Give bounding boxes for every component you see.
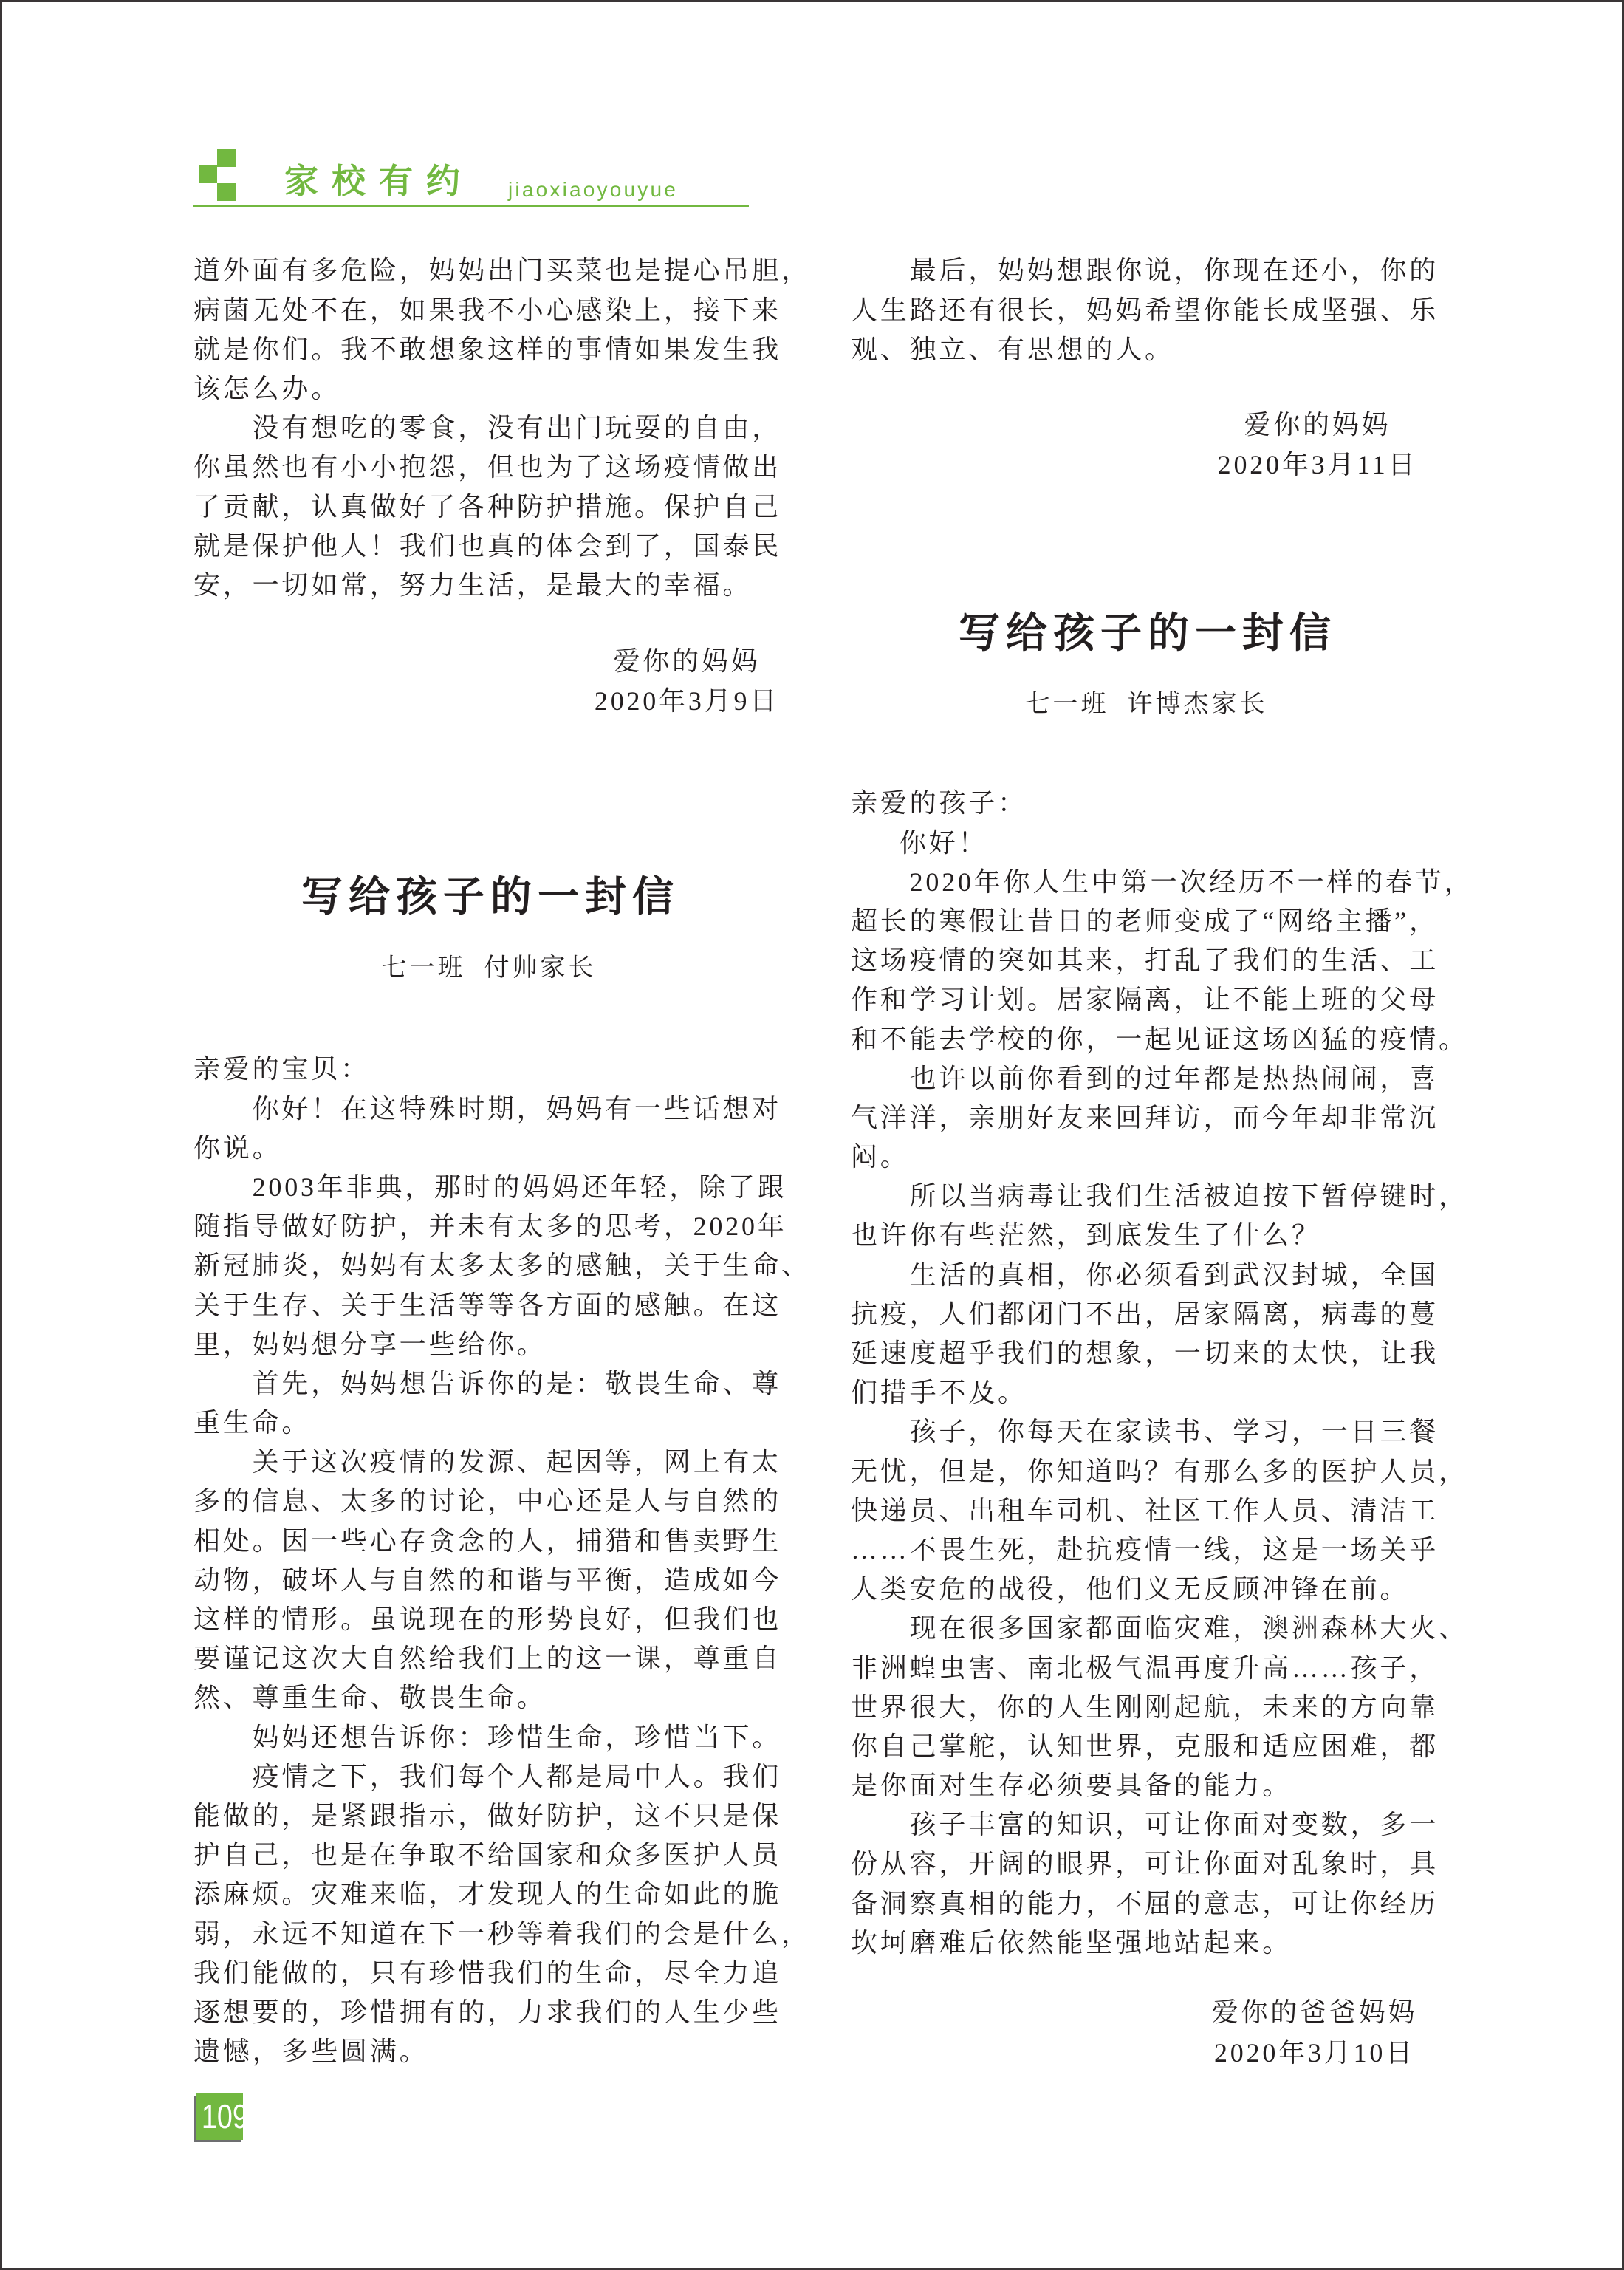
text-line: 妈妈还想告诉你：珍惜生命，珍惜当下。 xyxy=(193,1718,781,1757)
text-line: 2020年你人生中第一次经历不一样的春节， xyxy=(851,863,1439,902)
text-line: 无忧，但是，你知道吗？有那么多的医护人员， xyxy=(851,1452,1439,1491)
text-line: 关于生存、关于生活等等各方面的感触。在这 xyxy=(193,1286,781,1325)
text-line: 添麻烦。灾难来临，才发现人的生命如此的脆 xyxy=(193,1875,781,1914)
paragraph: 也许以前你看到的过年都是热热闹闹，喜 气洋洋，亲朋好友来回拜访，而今年却非常沉 … xyxy=(851,1059,1439,1177)
paragraph: 现在很多国家都面临灾难，澳洲森林大火、 非洲蝗虫害、南北极气温再度升高……孩子，… xyxy=(851,1609,1439,1805)
text-line: 气洋洋，亲朋好友来回拜访，而今年却非常沉 xyxy=(851,1098,1439,1138)
letter-author: 七一班 付帅家长 xyxy=(193,950,781,987)
text-line: 备洞察真相的能力，不屈的意志，可让你经历 xyxy=(851,1884,1439,1924)
paragraph: 所以当病毒让我们生活被迫按下暂停键时， 也许你有些茫然，到底发生了什么？ xyxy=(851,1177,1439,1255)
page-number: 109 xyxy=(202,2093,248,2140)
text-line: 也许你有些茫然，到底发生了什么？ xyxy=(851,1216,1439,1255)
text-line: 抗疫，人们都闭门不出，居家隔离，病毒的蔓 xyxy=(851,1295,1439,1334)
text-line: 你说。 xyxy=(193,1129,781,1168)
text-line: 道外面有多危险，妈妈出门买菜也是提心吊胆， xyxy=(193,251,781,290)
letter-title: 写给孩子的一封信 xyxy=(193,872,781,923)
text-line: 2003年非典，那时的妈妈还年轻，除了跟 xyxy=(193,1168,781,1207)
text-line: 疫情之下，我们每个人都是局中人。我们 xyxy=(193,1757,781,1796)
text-line: 要谨记这次大自然给我们上的这一课，尊重自 xyxy=(193,1639,781,1678)
text-line: 该怎么办。 xyxy=(193,369,781,408)
text-line: 病菌无处不在，如果我不小心感染上，接下来 xyxy=(193,291,781,330)
page-number-badge: 109 xyxy=(196,2093,243,2140)
paragraph: 首先，妈妈想告诉你的是：敬畏生命、尊 重生命。 xyxy=(193,1364,781,1443)
text-line: 作和学习计划。居家隔离，让不能上班的父母 xyxy=(851,980,1439,1019)
paragraph: 孩子丰富的知识，可让你面对变数，多一 份从容，开阔的眼界，可让你面对乱象时，具 … xyxy=(851,1805,1439,1963)
text-line: 超长的寒假让昔日的老师变成了“网络主播”， xyxy=(851,902,1439,941)
text-line: 相处。因一些心存贪念的人，捕猎和售卖野生 xyxy=(193,1522,781,1561)
text-line: 孩子，你每天在家读书、学习，一日三餐 xyxy=(851,1412,1439,1452)
previous-letter-signoff: 爱你的妈妈 2020年3月9日 xyxy=(569,642,805,720)
text-line: 重生命。 xyxy=(193,1404,781,1443)
text-line: 随指导做好防护，并未有太多的思考，2020年 xyxy=(193,1207,781,1246)
text-line: 动物，破坏人与自然的和谐与平衡，造成如今 xyxy=(193,1561,781,1600)
text-line: 人类安危的战役，他们义无反顾冲锋在前。 xyxy=(851,1570,1439,1609)
paragraph: 道外面有多危险，妈妈出门买菜也是提心吊胆， 病菌无处不在，如果我不小心感染上，接… xyxy=(193,251,781,408)
logo-block-top xyxy=(217,149,236,167)
letter-body: 亲爱的宝贝： 你好！在这特殊时期，妈妈有一些话想对 你说。 2003年非典，那时… xyxy=(193,1050,781,2071)
text-line: 最后，妈妈想跟你说，你现在还小，你的 xyxy=(851,251,1439,290)
text-line: 你自己掌舵，认知世界，克服和适应困难，都 xyxy=(851,1727,1439,1766)
previous-letter-body: 道外面有多危险，妈妈出门买菜也是提心吊胆， 病菌无处不在，如果我不小心感染上，接… xyxy=(193,251,781,605)
text-line: 你好！在这特殊时期，妈妈有一些话想对 xyxy=(193,1090,781,1129)
section-pinyin: jiaoxiaoyouyue xyxy=(508,177,678,203)
logo-block-bottom xyxy=(217,183,236,201)
text-line: 世界很大，你的人生刚刚起航，未来的方向靠 xyxy=(851,1688,1439,1727)
text-line: 我们能做的，只有珍惜我们的生命，尽全力追 xyxy=(193,1954,781,1993)
paragraph: 没有想吃的零食，没有出门玩耍的自由， 你虽然也有小小抱怨，但也为了这场疫情做出 … xyxy=(193,408,781,605)
text-line: 份从容，开阔的眼界，可让你面对乱象时，具 xyxy=(851,1845,1439,1884)
letter-body-continued: 最后，妈妈想跟你说，你现在还小，你的 人生路还有很长，妈妈希望你能长成坚强、乐 … xyxy=(851,251,1439,369)
text-line: 首先，妈妈想告诉你的是：敬畏生命、尊 xyxy=(193,1364,781,1404)
logo-block-middle xyxy=(199,165,217,183)
text-line: 延速度超乎我们的想象，一切来的太快，让我 xyxy=(851,1334,1439,1373)
paragraph: 最后，妈妈想跟你说，你现在还小，你的 人生路还有很长，妈妈希望你能长成坚强、乐 … xyxy=(851,251,1439,369)
section-title: 家校有约 xyxy=(284,163,473,199)
text-line: 非洲蝗虫害、南北极气温再度升高……孩子， xyxy=(851,1649,1439,1688)
letter-body: 亲爱的孩子： 你好！ 2020年你人生中第一次经历不一样的春节， 超长的寒假让昔… xyxy=(851,784,1439,1963)
text-line: 坎坷磨难后依然能坚强地站起来。 xyxy=(851,1924,1439,1963)
letter-title: 写给孩子的一封信 xyxy=(851,608,1439,660)
text-line: 这样的情形。虽说现在的形势良好，但我们也 xyxy=(193,1600,781,1639)
signature: 爱你的妈妈 xyxy=(569,642,805,681)
magazine-page: 家校有约 jiaoxiaoyouyue 道外面有多危险，妈妈出门买菜也是提心吊胆… xyxy=(0,0,1624,2270)
letter-date: 2020年3月11日 xyxy=(1199,445,1436,485)
text-line: 关于这次疫情的发源、起因等，网上有太 xyxy=(193,1443,781,1482)
text-line: 是你面对生存必须要具备的能力。 xyxy=(851,1766,1439,1805)
text-line: 逐想要的，珍惜拥有的，力求我们的人生少些 xyxy=(193,1993,781,2032)
text-line: 弱，永远不知道在下一秒等着我们的会是什么， xyxy=(193,1915,781,1954)
text-line: 你虽然也有小小抱怨，但也为了这场疫情做出 xyxy=(193,448,781,487)
text-line: 里，妈妈想分享一些给你。 xyxy=(193,1325,781,1364)
paragraph: 生活的真相，你必须看到武汉封城，全国 抗疫，人们都闭门不出，居家隔离，病毒的蔓 … xyxy=(851,1256,1439,1413)
text-line: 生活的真相，你必须看到武汉封城，全国 xyxy=(851,1256,1439,1295)
text-line: 没有想吃的零食，没有出门玩耍的自由， xyxy=(193,408,781,448)
paragraph: 关于这次疫情的发源、起因等，网上有太 多的信息、太多的讨论，中心还是人与自然的 … xyxy=(193,1443,781,1717)
text-line: 们措手不及。 xyxy=(851,1373,1439,1412)
text-line: 遗憾，多些圆满。 xyxy=(193,2032,781,2071)
text-line: 人生路还有很长，妈妈希望你能长成坚强、乐 xyxy=(851,291,1439,330)
text-line: 观、独立、有思想的人。 xyxy=(851,330,1439,369)
paragraph: 妈妈还想告诉你：珍惜生命，珍惜当下。 xyxy=(193,1718,781,1757)
salutation: 亲爱的宝贝： xyxy=(193,1050,781,1089)
text-line: 所以当病毒让我们生活被迫按下暂停键时， xyxy=(851,1177,1439,1216)
letter-signoff: 爱你的妈妈 2020年3月11日 xyxy=(1199,406,1436,484)
text-line: ……不畏生死，赴抗疫情一线，这是一场关乎 xyxy=(851,1531,1439,1570)
text-line: 就是保护他人！我们也真的体会到了，国泰民 xyxy=(193,527,781,566)
signature: 爱你的妈妈 xyxy=(1199,406,1436,445)
paragraph: 你好！在这特殊时期，妈妈有一些话想对 你说。 xyxy=(193,1090,781,1168)
text-line: 然、尊重生命、敬畏生命。 xyxy=(193,1678,781,1717)
letter-signoff: 爱你的爸爸妈妈 2020年3月10日 xyxy=(1196,1992,1433,2074)
signature: 爱你的爸爸妈妈 xyxy=(1196,1992,1433,2033)
paragraph: 疫情之下，我们每个人都是局中人。我们 能做的，是紧跟指示，做好防护，这不只是保 … xyxy=(193,1757,781,2072)
paragraph: 孩子，你每天在家读书、学习，一日三餐 无忧，但是，你知道吗？有那么多的医护人员，… xyxy=(851,1412,1439,1609)
greeting: 你好！ xyxy=(851,824,1439,863)
text-line: 闷。 xyxy=(851,1138,1439,1177)
text-line: 快递员、出租车司机、社区工作人员、清洁工 xyxy=(851,1491,1439,1531)
text-line: 能做的，是紧跟指示，做好防护，这不只是保 xyxy=(193,1796,781,1836)
letter-date: 2020年3月9日 xyxy=(569,682,805,721)
salutation: 亲爱的孩子： xyxy=(851,784,1439,823)
text-line: 安，一切如常，努力生活，是最大的幸福。 xyxy=(193,566,781,605)
paragraph: 2020年你人生中第一次经历不一样的春节， 超长的寒假让昔日的老师变成了“网络主… xyxy=(851,863,1439,1059)
text-line: 护自己，也是在争取不给国家和众多医护人员 xyxy=(193,1836,781,1875)
text-line: 了贡献，认真做好了各种防护措施。保护自己 xyxy=(193,488,781,527)
letter-author: 七一班 许博杰家长 xyxy=(851,686,1439,723)
text-line: 新冠肺炎，妈妈有太多太多的感触，关于生命、 xyxy=(193,1246,781,1285)
letter-date: 2020年3月10日 xyxy=(1196,2033,1433,2074)
header-divider xyxy=(193,205,749,207)
text-line: 多的信息、太多的讨论，中心还是人与自然的 xyxy=(193,1482,781,1521)
text-line: 这场疫情的突如其来，打乱了我们的生活、工 xyxy=(851,941,1439,980)
text-line: 和不能去学校的你，一起见证这场凶猛的疫情。 xyxy=(851,1020,1439,1059)
text-line: 也许以前你看到的过年都是热热闹闹，喜 xyxy=(851,1059,1439,1098)
text-line: 孩子丰富的知识，可让你面对变数，多一 xyxy=(851,1805,1439,1845)
text-line: 就是你们。我不敢想象这样的事情如果发生我 xyxy=(193,330,781,369)
text-line: 现在很多国家都面临灾难，澳洲森林大火、 xyxy=(851,1609,1439,1648)
paragraph: 2003年非典，那时的妈妈还年轻，除了跟 随指导做好防护，并未有太多的思考，20… xyxy=(193,1168,781,1364)
